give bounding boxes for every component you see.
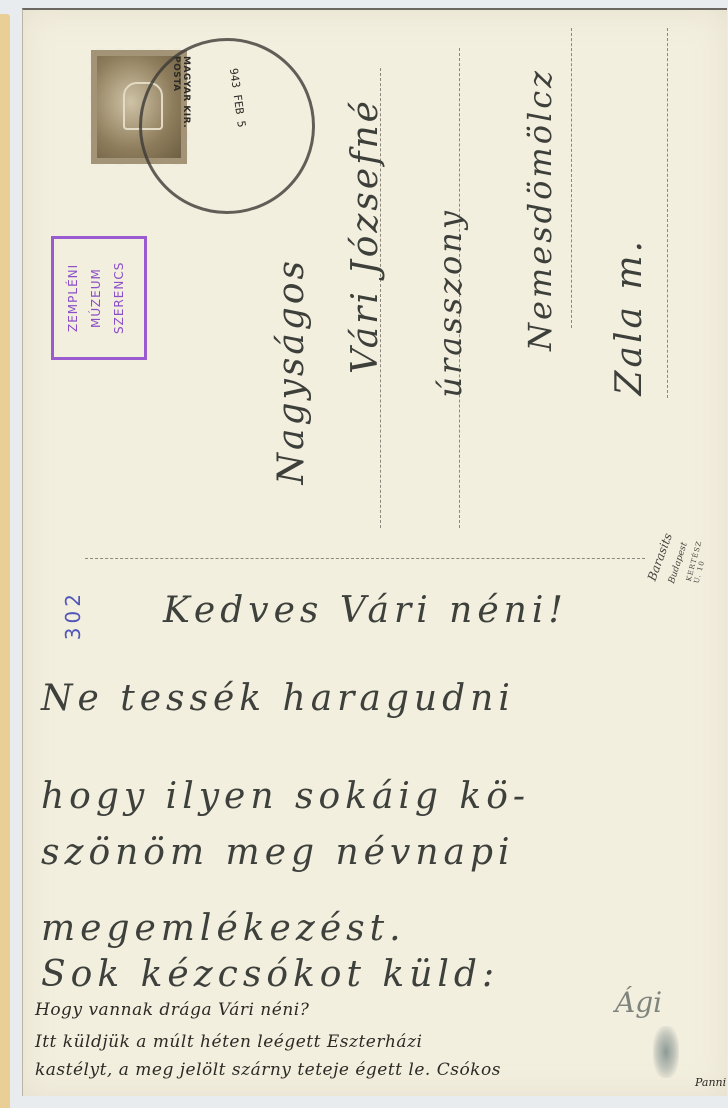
adjacent-card-edge (0, 14, 10, 1108)
postmark (139, 38, 315, 214)
archive-number: 302 (61, 590, 85, 640)
postscript-line: kastélyt, a meg jelölt szárny teteje ége… (35, 1060, 501, 1080)
address-line: Nemesdömölcz (521, 68, 559, 351)
postage-stamp: MAGYAR KIR. POSTA 943 FEB 5 (81, 38, 281, 208)
message-line: Sok kézcsókot küld: (41, 954, 499, 995)
postscript-line: Itt küldjük a múlt héten leégett Eszterh… (35, 1032, 422, 1052)
signature: Ági (615, 986, 662, 1019)
message-line: Ne tessék haragudni (41, 678, 515, 719)
ink-smudge (653, 1026, 679, 1078)
message-line: szönöm meg névnapi (41, 832, 515, 873)
publisher-mark: Barasits Budapest KERTÉSZ U. 10 (641, 530, 711, 614)
postscript-signature: Panni (695, 1076, 726, 1089)
message-line: hogy ilyen sokáig kö- (41, 776, 530, 817)
address-line: úrasszony (431, 208, 469, 398)
message-line: Kedves Vári néni! (163, 590, 568, 631)
address-line: Vári Józsefné (345, 98, 386, 374)
archive-stamp-line: MÚZEUM (85, 247, 108, 349)
message-line: megemlékezést. (41, 908, 406, 949)
postcard: MAGYAR KIR. POSTA 943 FEB 5 ZEMPLÉNI MÚZ… (22, 8, 727, 1096)
postscript-line: Hogy vannak drága Vári néni? (35, 1000, 309, 1020)
address-line: Nagyságos (271, 258, 312, 484)
address-line: Zala m. (609, 238, 650, 395)
divider-line (85, 558, 645, 559)
address-guide-line (571, 28, 572, 328)
archive-stamp: ZEMPLÉNI MÚZEUM SZERENCS (51, 236, 147, 360)
address-guide-line (667, 28, 668, 398)
archive-stamp-line: ZEMPLÉNI (62, 247, 85, 349)
archive-stamp-line: SZERENCS (108, 247, 131, 349)
